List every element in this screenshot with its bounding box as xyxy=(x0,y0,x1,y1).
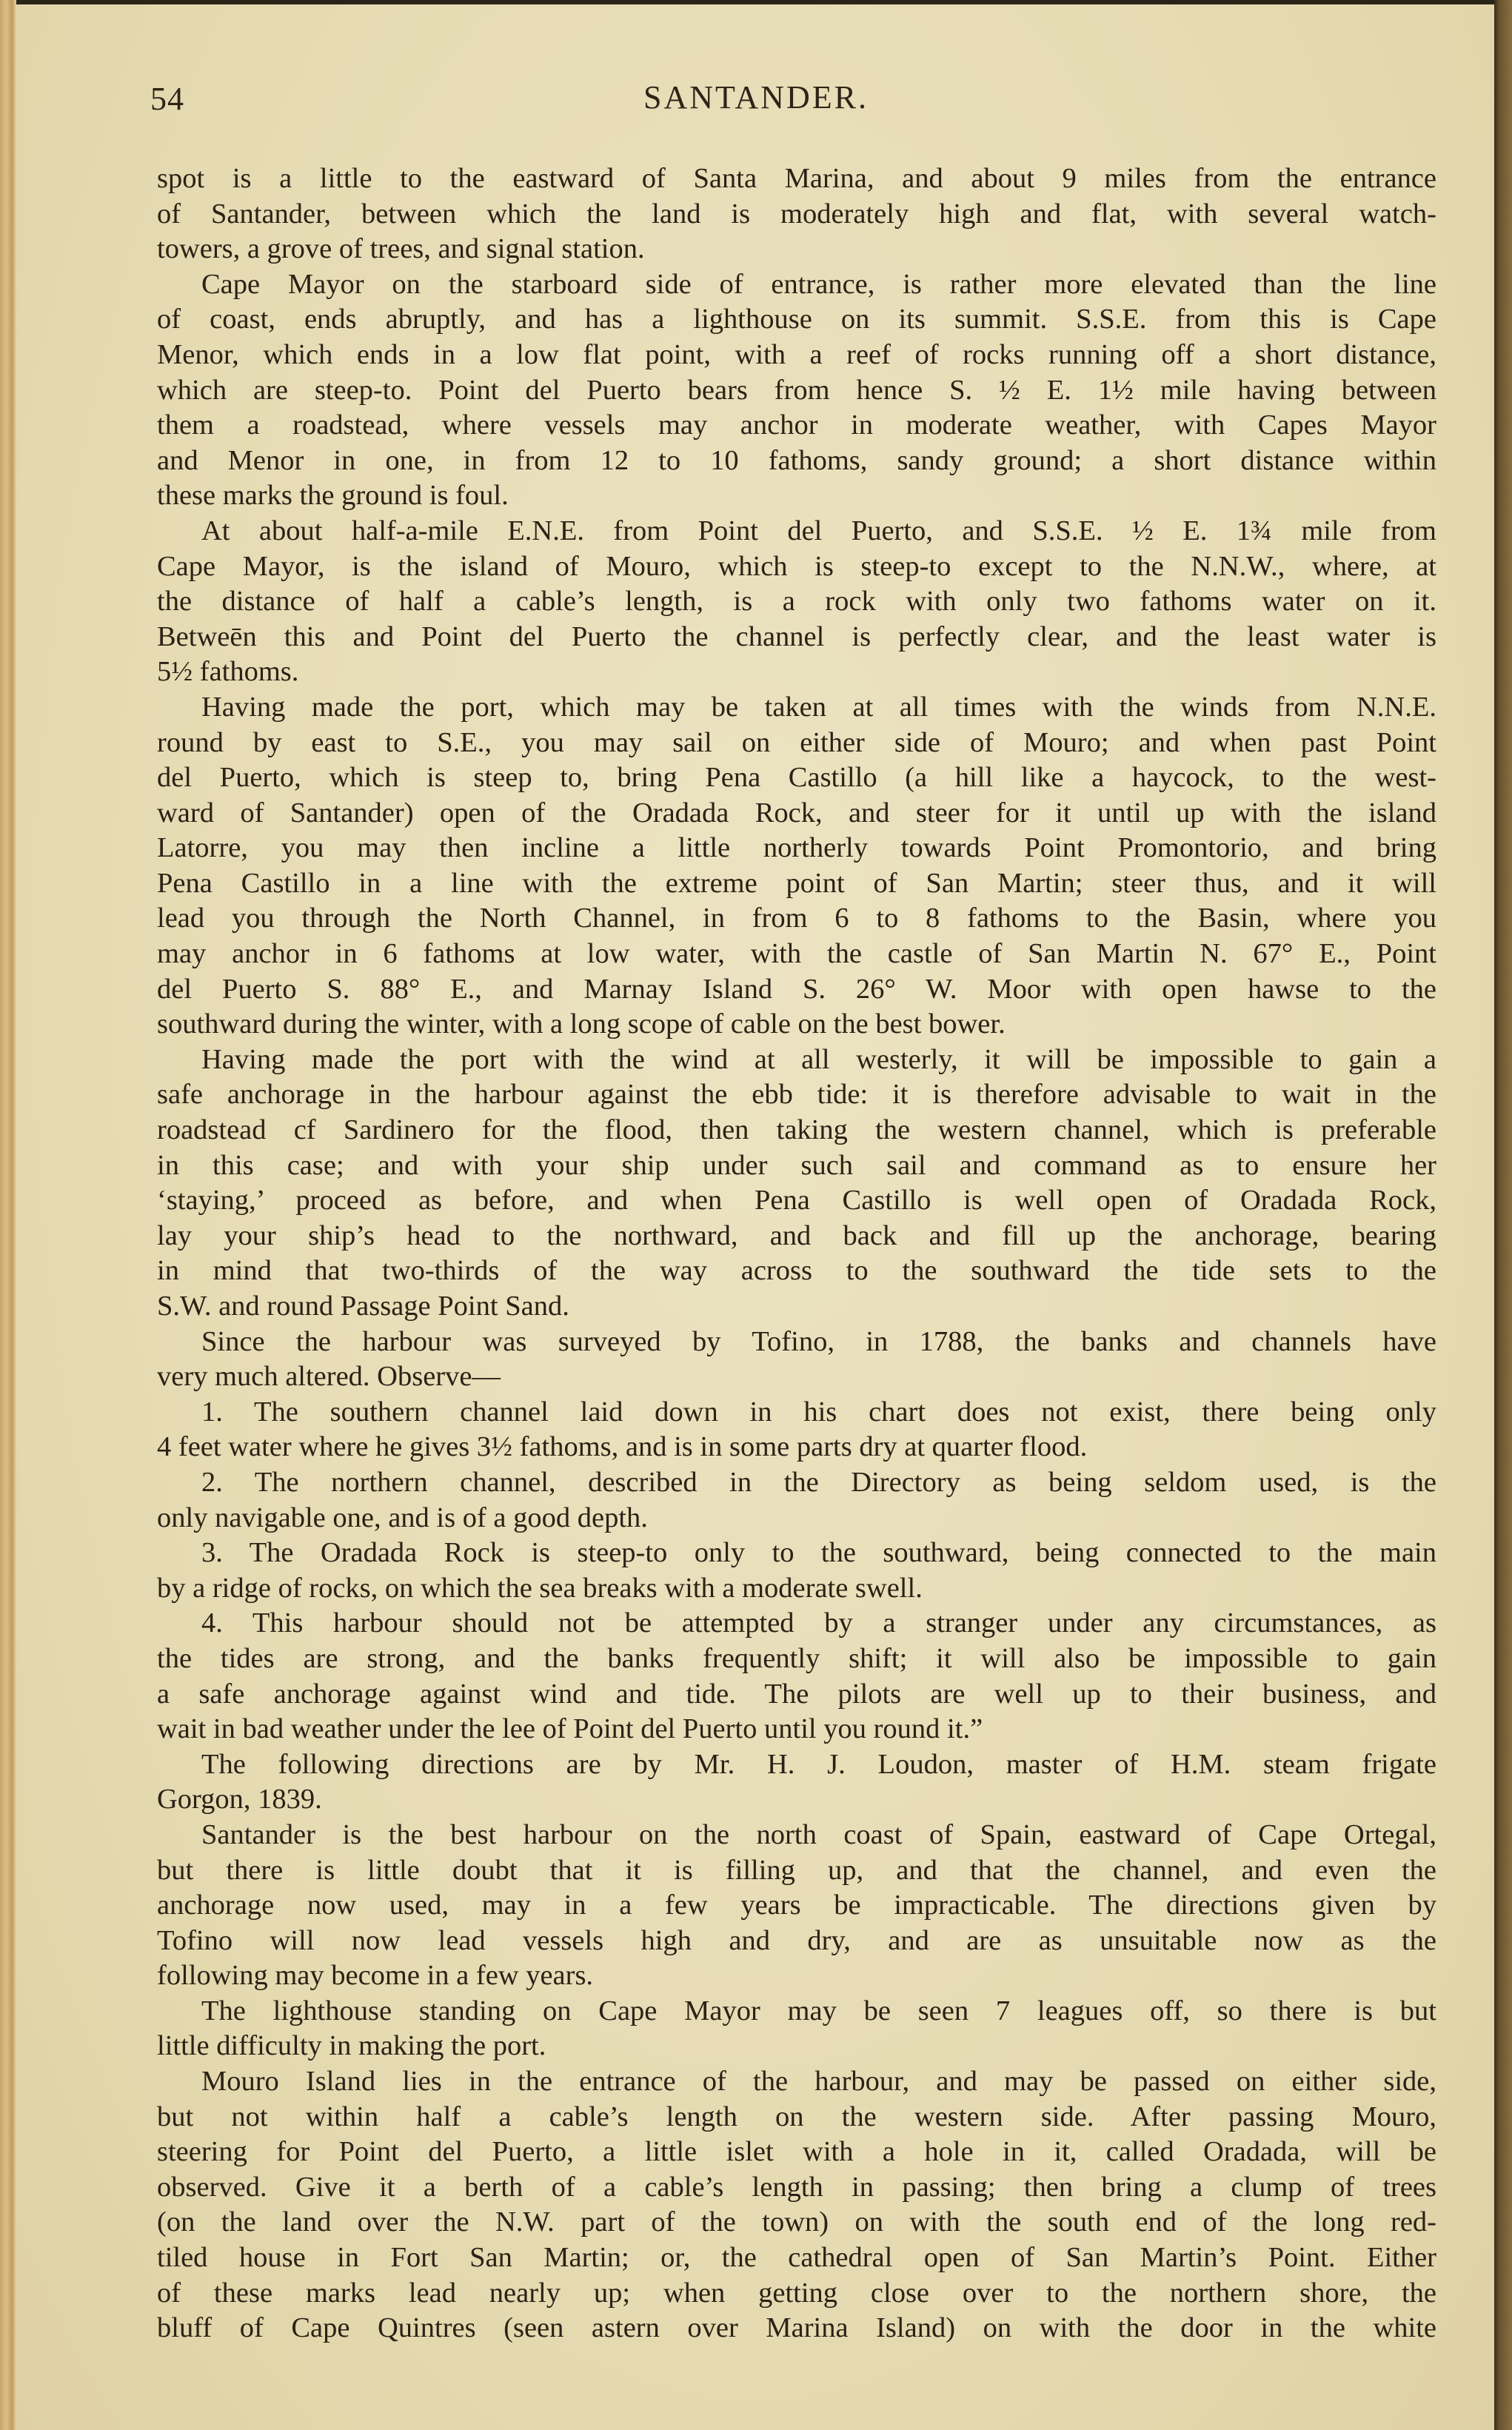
text-line: Gorgon, 1839. xyxy=(157,1782,1436,1818)
text-line: but there is little doubt that it is fil… xyxy=(157,1853,1436,1889)
text-line: towers, a grove of trees, and signal sta… xyxy=(157,232,1436,267)
text-line: ‘staying,’ proceed as before, and when P… xyxy=(157,1183,1436,1219)
text-line: At about half-a-mile E.N.E. from Point d… xyxy=(157,514,1436,549)
text-line: S.W. and round Passage Point Sand. xyxy=(157,1289,1436,1325)
text-line: Having made the port with the wind at al… xyxy=(157,1042,1436,1078)
body-text: spot is a little to the eastward of Sant… xyxy=(157,161,1436,2346)
text-line: 4 feet water where he gives 3½ fathoms, … xyxy=(157,1430,1436,1465)
text-line: them a roadstead, where vessels may anch… xyxy=(157,408,1436,444)
text-line: Tofino will now lead vessels high and dr… xyxy=(157,1924,1436,1959)
list-item-2: 2. The northern channel, described in th… xyxy=(157,1465,1436,1501)
list-item-1: 1. The southern channel laid down in his… xyxy=(157,1395,1436,1430)
text-line: may anchor in 6 fathoms at low water, wi… xyxy=(157,937,1436,972)
text-line: spot is a little to the eastward of Sant… xyxy=(157,161,1436,197)
text-line: round by east to S.E., you may sail on e… xyxy=(157,726,1436,761)
text-line: lead you through the North Channel, in f… xyxy=(157,901,1436,937)
text-line: steering for Point del Puerto, a little … xyxy=(157,2135,1436,2170)
text-line: Pena Castillo in a line with the extreme… xyxy=(157,866,1436,902)
text-line: Cape Mayor on the starboard side of entr… xyxy=(157,267,1436,303)
text-line: wait in bad weather under the lee of Poi… xyxy=(157,1712,1436,1747)
text-line: which are steep-to. Point del Puerto bea… xyxy=(157,373,1436,409)
text-line: of these marks lead nearly up; when gett… xyxy=(157,2276,1436,2312)
text-line: del Puerto S. 88° E., and Marnay Island … xyxy=(157,972,1436,1008)
text-line: bluff of Cape Quintres (seen astern over… xyxy=(157,2311,1436,2346)
text-line: the tides are strong, and the banks freq… xyxy=(157,1641,1436,1677)
text-line: Cape Mayor, is the island of Mouro, whic… xyxy=(157,549,1436,585)
text-line: southward during the winter, with a long… xyxy=(157,1007,1436,1042)
text-line: 5½ fathoms. xyxy=(157,655,1436,690)
text-line: Since the harbour was surveyed by Tofino… xyxy=(157,1325,1436,1360)
text-line: Santander is the best harbour on the nor… xyxy=(157,1818,1436,1853)
text-line: tiled house in Fort San Martin; or, the … xyxy=(157,2240,1436,2276)
text-line: of coast, ends abruptly, and has a light… xyxy=(157,302,1436,338)
text-line: Having made the port, which may be taken… xyxy=(157,690,1436,726)
text-line: lay your ship’s head to the northward, a… xyxy=(157,1219,1436,1254)
list-item-3: 3. The Oradada Rock is steep-to only to … xyxy=(157,1536,1436,1571)
text-line: but not within half a cable’s length on … xyxy=(157,2100,1436,2135)
list-item-4: 4. This harbour should not be attempted … xyxy=(157,1606,1436,1641)
text-line: the distance of half a cable’s length, i… xyxy=(157,584,1436,620)
text-line: Latorre, you may then incline a little n… xyxy=(157,831,1436,866)
text-line: The following directions are by Mr. H. J… xyxy=(157,1747,1436,1783)
text-line: ward of Santander) open of the Oradada R… xyxy=(157,796,1436,831)
text-line: only navigable one, and is of a good dep… xyxy=(157,1501,1436,1536)
text-line: in mind that two-thirds of the way acros… xyxy=(157,1254,1436,1289)
text-line: very much altered. Observe— xyxy=(157,1359,1436,1395)
text-line: these marks the ground is foul. xyxy=(157,478,1436,514)
page-stack-edge xyxy=(0,0,16,2430)
text-line: roadstead cf Sardinero for the flood, th… xyxy=(157,1113,1436,1148)
text-line: a safe anchorage against wind and tide. … xyxy=(157,1677,1436,1713)
text-line: del Puerto, which is steep to, bring Pen… xyxy=(157,760,1436,796)
text-line: Betweēn this and Point del Puerto the ch… xyxy=(157,620,1436,655)
text-line: and Menor in one, in from 12 to 10 fatho… xyxy=(157,444,1436,479)
text-line: by a ridge of rocks, on which the sea br… xyxy=(157,1571,1436,1607)
text-line: anchorage now used, may in a few years b… xyxy=(157,1888,1436,1924)
text-line: following may become in a few years. xyxy=(157,1958,1436,1994)
book-spine-shadow xyxy=(1494,0,1512,2430)
text-line: Mouro Island lies in the entrance of the… xyxy=(157,2064,1436,2100)
text-line: observed. Give it a berth of a cable’s l… xyxy=(157,2170,1436,2206)
text-line: in this case; and with your ship under s… xyxy=(157,1148,1436,1184)
text-line: Menor, which ends in a low flat point, w… xyxy=(157,338,1436,373)
text-line: The lighthouse standing on Cape Mayor ma… xyxy=(157,1994,1436,2029)
text-line: of Santander, between which the land is … xyxy=(157,197,1436,232)
text-line: safe anchorage in the harbour against th… xyxy=(157,1077,1436,1113)
text-line: (on the land over the N.W. part of the t… xyxy=(157,2205,1436,2240)
text-line: little difficulty in making the port. xyxy=(157,2029,1436,2064)
running-head: SANTANDER. xyxy=(0,78,1512,116)
